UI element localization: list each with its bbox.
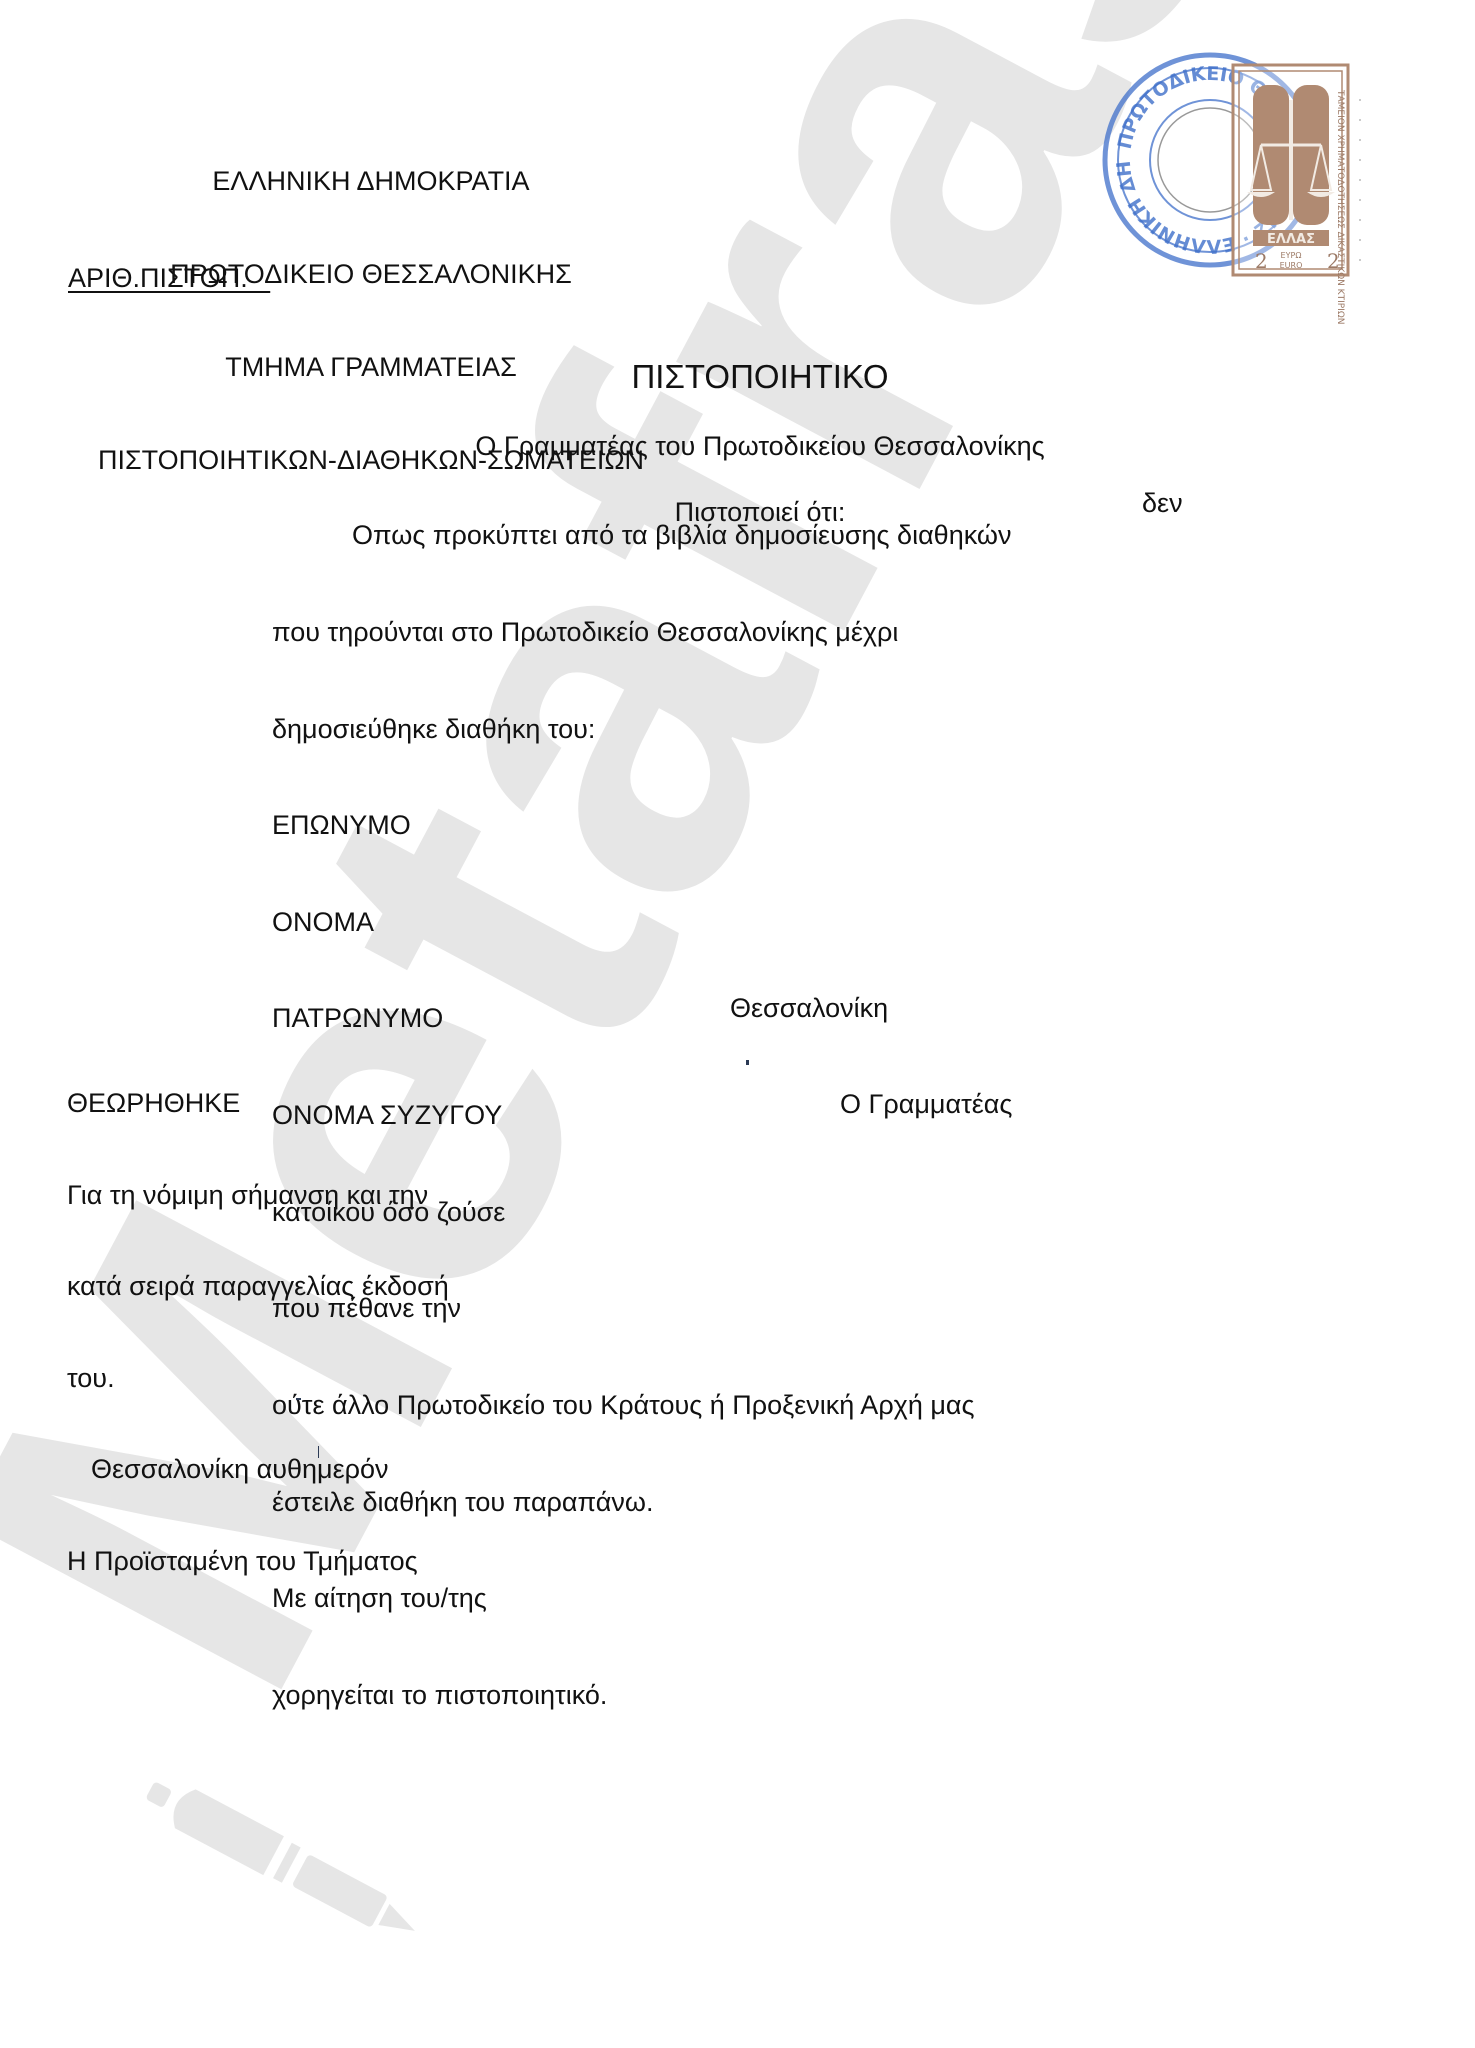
scan-speck — [318, 1446, 319, 1458]
field-surname: ΕΠΩΝΥΜΟ — [272, 809, 1011, 841]
scan-speck — [296, 1398, 301, 1400]
svg-text:ΕΛΛΑΣ: ΕΛΛΑΣ — [1267, 232, 1315, 247]
scan-speck — [746, 1060, 749, 1065]
body-line: χορηγείται το πιστοποιητικό. — [272, 1679, 1011, 1711]
pen-icon — [140, 1771, 426, 1951]
signatory-role: Ο Γραμματέας — [730, 1088, 1012, 1120]
certificate-page: Metafras ΠΡΩΤΟΔΙΚΕΙ — [0, 0, 1475, 2048]
negation-word: δεν — [1142, 487, 1183, 519]
seen-heading: ΘΕΩΡΗΘΗΚΕ — [67, 1088, 449, 1119]
issue-place: Θεσσαλονίκη — [730, 992, 1012, 1024]
body-line: δημοσιεύθηκε διαθήκη του: — [272, 713, 1011, 745]
official-seal-and-fee-stamp: ΠΡΩΤΟΔΙΚΕΙΟ ΘΕΣΣΑΛΟΝΙΚΗΣ · ΕΛΛΗΝΙΚΗ ΔΗΜΟ… — [1075, 40, 1375, 340]
body-line: που τηρούνται στο Πρωτοδικείο Θεσσαλονίκ… — [272, 616, 1011, 648]
seen-line: κατά σειρά παραγγελίας έκδοσή — [67, 1271, 449, 1302]
body-line: Οπως προκύπτει από τα βιβλία δημοσίευσης… — [272, 519, 1011, 551]
certificate-number-label: ΑΡΙΘ.ΠΙΣΤΟΠ. — [68, 263, 270, 294]
seen-endorsement-block: ΘΕΩΡΗΘΗΚΕ Για τη νόμιμη σήμανση και την … — [67, 1027, 449, 1637]
signature-block: Θεσσαλονίκη Ο Γραμματέας — [730, 928, 1012, 1184]
seen-signatory: Η Προϊσταμένη του Τμήματος — [67, 1546, 449, 1577]
svg-text:ΕΥΡΩ: ΕΥΡΩ — [1281, 251, 1302, 260]
header-line: ΕΛΛΗΝΙΚΗ ΔΗΜΟΚΡΑΤΙΑ — [66, 166, 676, 197]
document-title: ΠΙΣΤΟΠΟΙΗΤΙΚΟ — [400, 359, 1120, 395]
seen-date-line: Θεσσαλονίκη αυθημερόν — [67, 1454, 449, 1485]
svg-text:2: 2 — [1255, 249, 1268, 273]
svg-text:ΤΑΜΕΙΟΝ ΧΡΗΜΑΤΟΔΟΤΗΣΕΩΣ ΔΙΚΑΣΤ: ΤΑΜΕΙΟΝ ΧΡΗΜΑΤΟΔΟΤΗΣΕΩΣ ΔΙΚΑΣΤΙΚΩΝ ΚΤΙΡΙ… — [1335, 89, 1345, 324]
seen-line: του. — [67, 1363, 449, 1394]
seen-line: Για τη νόμιμη σήμανση και την — [67, 1180, 449, 1211]
svg-text:EURO: EURO — [1280, 261, 1303, 270]
